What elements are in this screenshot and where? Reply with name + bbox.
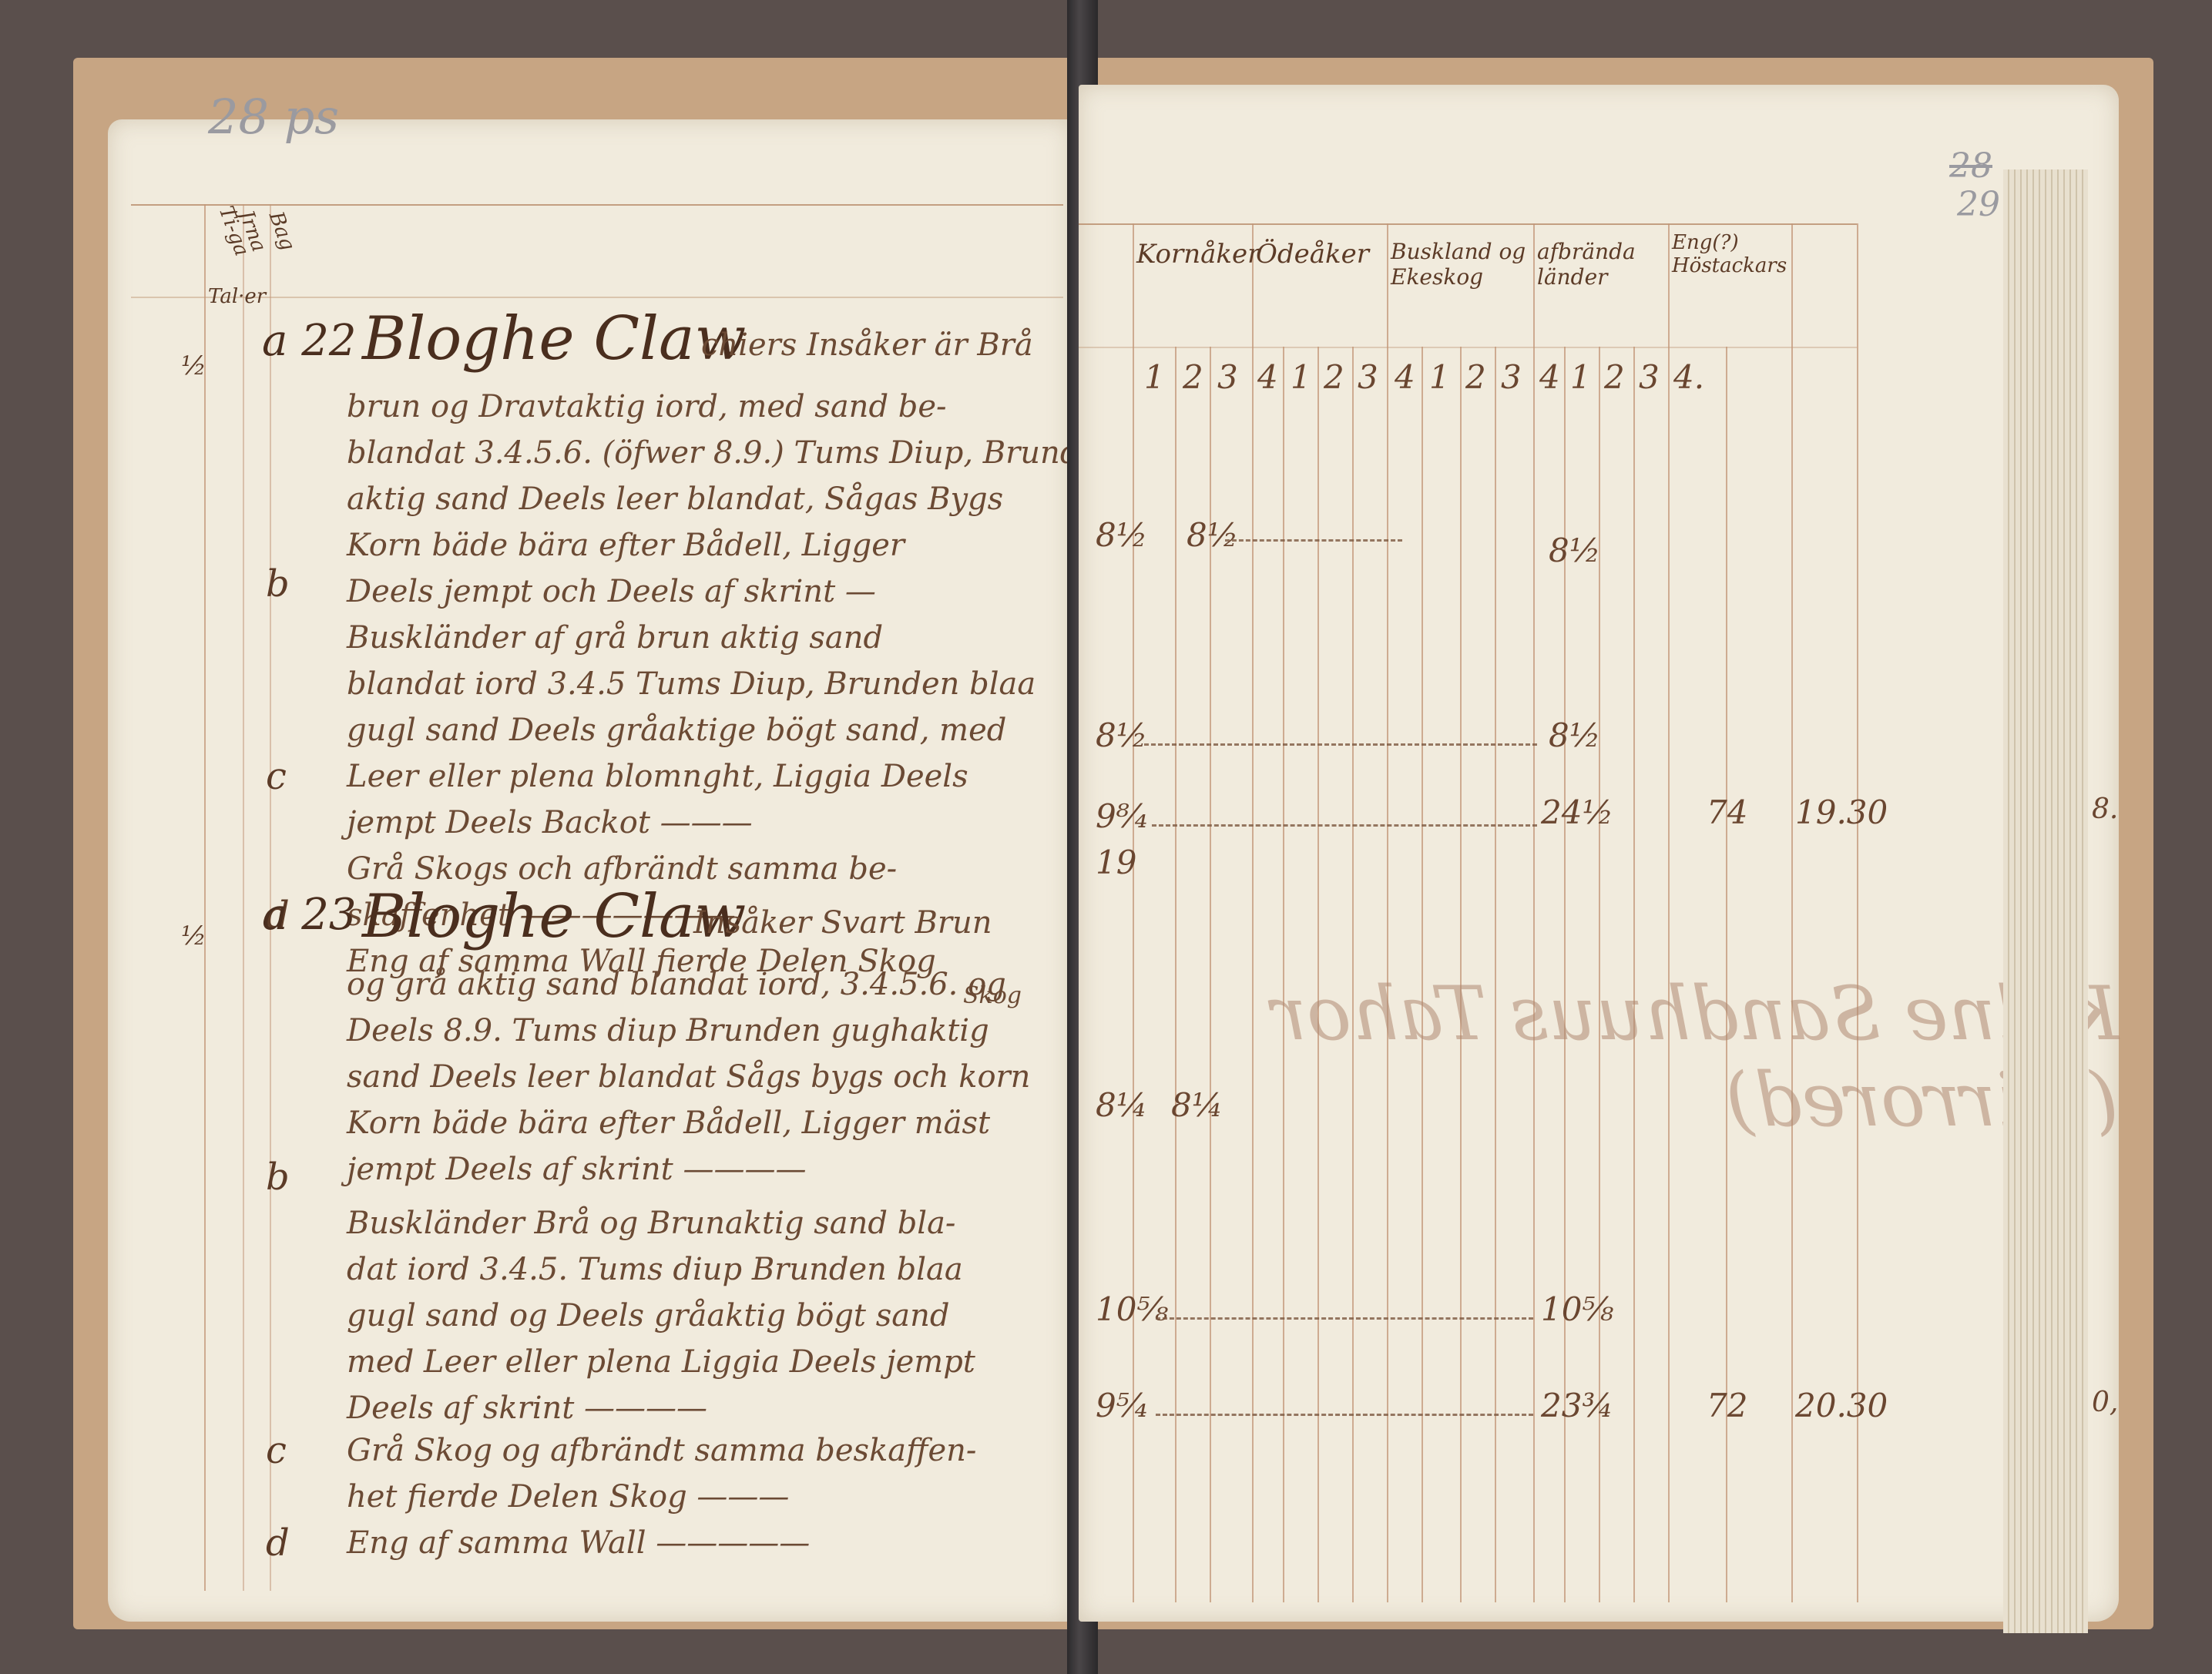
entry-text: chiers Insåker är Brå bbox=[701, 327, 1033, 363]
subcolumn-number: 4 bbox=[1395, 358, 1415, 396]
subcolumn-number: 3 bbox=[1358, 358, 1378, 396]
entry-owner: Bloghe Claw bbox=[362, 882, 746, 951]
entry-text: Buskländer Brå og Brunaktig sand bla- bbox=[347, 1206, 955, 1241]
entry-number: a 23 bbox=[262, 890, 356, 940]
subcolumn-number: 2 bbox=[1183, 358, 1203, 396]
part-label: b bbox=[266, 1156, 290, 1199]
row-value: 24½ bbox=[1541, 793, 1613, 831]
subcolumn-number: 4 bbox=[1539, 358, 1560, 396]
subcolumn-number: 1 bbox=[1570, 358, 1591, 396]
column-header-eng: Eng(?) Höstackars bbox=[1672, 231, 1726, 277]
bleed-through-text: Kalne Sandhuus Tahor (mirrored) bbox=[1171, 971, 2119, 1143]
subcolumn-number: 3 bbox=[1639, 358, 1660, 396]
entry-number: a 22 bbox=[262, 316, 356, 366]
entry-fraction: ½ bbox=[181, 921, 206, 951]
entry-text: Grå Skog og afbrändt samma beskaffen- bbox=[347, 1433, 976, 1468]
subcolumn-number: 3 bbox=[1217, 358, 1238, 396]
margin-mark: 0, bbox=[2092, 1387, 2118, 1418]
entry-owner: Bloghe Claw bbox=[362, 304, 746, 374]
subcolumn-number: 1 bbox=[1291, 358, 1311, 396]
subcolumn-number: 4. bbox=[1673, 358, 1704, 396]
row-total: 10⅝ bbox=[1096, 1290, 1168, 1328]
entry-text: Eng af samma Wall ————— bbox=[347, 1525, 810, 1561]
row-value: 72 bbox=[1707, 1387, 1747, 1424]
row-value: 74 bbox=[1707, 793, 1747, 831]
row-total: 8½ bbox=[1096, 516, 1147, 554]
margin-header: Tal·er bbox=[208, 285, 266, 308]
part-label: c bbox=[266, 755, 287, 798]
part-label: b bbox=[266, 562, 290, 606]
subcolumn-number: 4 bbox=[1257, 358, 1278, 396]
entry-text: jempt Deels Backot ——— bbox=[347, 805, 753, 840]
row-total: 9⁵⁄₄ bbox=[1096, 1387, 1147, 1424]
entry-text: Deels 8.9. Tums diup Brunden gughaktig bbox=[347, 1013, 989, 1048]
left-page: 28 ps Ti-ga Jrna Bag Tal·er ½ a 22 Blogh… bbox=[108, 119, 1071, 1622]
right-page-number: 29 bbox=[1957, 185, 2000, 224]
entry-text: og grå aktig sand blandat iord, 3.4.5.6.… bbox=[347, 967, 1006, 1002]
entry-text: het fierde Delen Skog ——— bbox=[347, 1479, 789, 1515]
row-value: 23¾ bbox=[1541, 1387, 1613, 1424]
row-value: 8½ bbox=[1549, 532, 1600, 569]
subcolumn-number: 2 bbox=[1324, 358, 1344, 396]
column-header-buskland: Buskland og Ekeskog bbox=[1391, 239, 1529, 290]
part-label: c bbox=[266, 1429, 287, 1472]
part-label: d bbox=[266, 1521, 290, 1565]
entry-text: sand Deels leer blandat Sågs bygs och ko… bbox=[347, 1059, 1030, 1095]
page-edges bbox=[2003, 169, 2088, 1633]
entry-text: Leer eller plena blomnght, Liggia Deels bbox=[347, 759, 968, 794]
row-value: 20.30 bbox=[1795, 1387, 1888, 1424]
column-header-afbranda: afbrända länder bbox=[1537, 239, 1664, 290]
row-value: 8½ bbox=[1187, 516, 1238, 554]
entry-text: blandat iord 3.4.5 Tums Diup, Brunden bl… bbox=[347, 666, 1036, 702]
left-page-number: 28 ps bbox=[208, 89, 339, 145]
entry-text: Korn bäde bära efter Bådell, Ligger mäst bbox=[347, 1105, 990, 1141]
entry-text: jempt Deels af skrint ———— bbox=[347, 1152, 806, 1187]
column-header-kornaker: Kornåker bbox=[1136, 239, 1260, 270]
entry-text: brun og Dravtaktig iord, med sand be- bbox=[347, 389, 947, 424]
row-total: 8¼ bbox=[1096, 1086, 1147, 1124]
row-value: 19.30 bbox=[1795, 793, 1888, 831]
subcolumn-number: 1 bbox=[1144, 358, 1165, 396]
entry-text: Buskländer af grå brun aktig sand bbox=[347, 620, 883, 656]
right-page-number-crossed: 28 bbox=[1949, 146, 1992, 186]
entry-text: Korn bäde bära efter Bådell, Ligger bbox=[347, 528, 905, 563]
row-value: 10⅝ bbox=[1541, 1290, 1613, 1328]
subcolumn-number: 1 bbox=[1429, 358, 1450, 396]
subcolumn-number: 3 bbox=[1501, 358, 1522, 396]
row-value: 8½ bbox=[1549, 716, 1600, 754]
right-page: 28 29 Kornåker Ödeåker Buskland og Ekesk… bbox=[1079, 85, 2119, 1622]
entry-text: dat iord 3.4.5. Tums diup Brunden blaa bbox=[347, 1252, 963, 1287]
row-total: 9⁸⁄₄ bbox=[1096, 797, 1147, 835]
row-total: 8½ bbox=[1096, 716, 1147, 754]
entry-text: Insåker Svart Brun bbox=[693, 905, 992, 941]
entry-text: med Leer eller plena Liggia Deels jempt bbox=[347, 1344, 975, 1380]
column-header-odeaker: Ödeåker bbox=[1256, 239, 1369, 270]
entry-text: Deels jempt och Deels af skrint — bbox=[347, 574, 876, 609]
entry-text: gugl sand Deels gråaktige bögt sand, med bbox=[347, 713, 1006, 748]
entry-text: Deels af skrint ———— bbox=[347, 1391, 707, 1426]
margin-mark: 8. bbox=[2092, 793, 2118, 825]
subcolumn-number: 2 bbox=[1604, 358, 1625, 396]
entry-fraction: ½ bbox=[181, 351, 206, 381]
entry-text: aktig sand Deels leer blandat, Sågas Byg… bbox=[347, 481, 1003, 517]
subcolumn-number: 2 bbox=[1465, 358, 1486, 396]
entry-text: gugl sand og Deels gråaktig bögt sand bbox=[347, 1298, 949, 1333]
row-total: 19 bbox=[1096, 844, 1136, 881]
